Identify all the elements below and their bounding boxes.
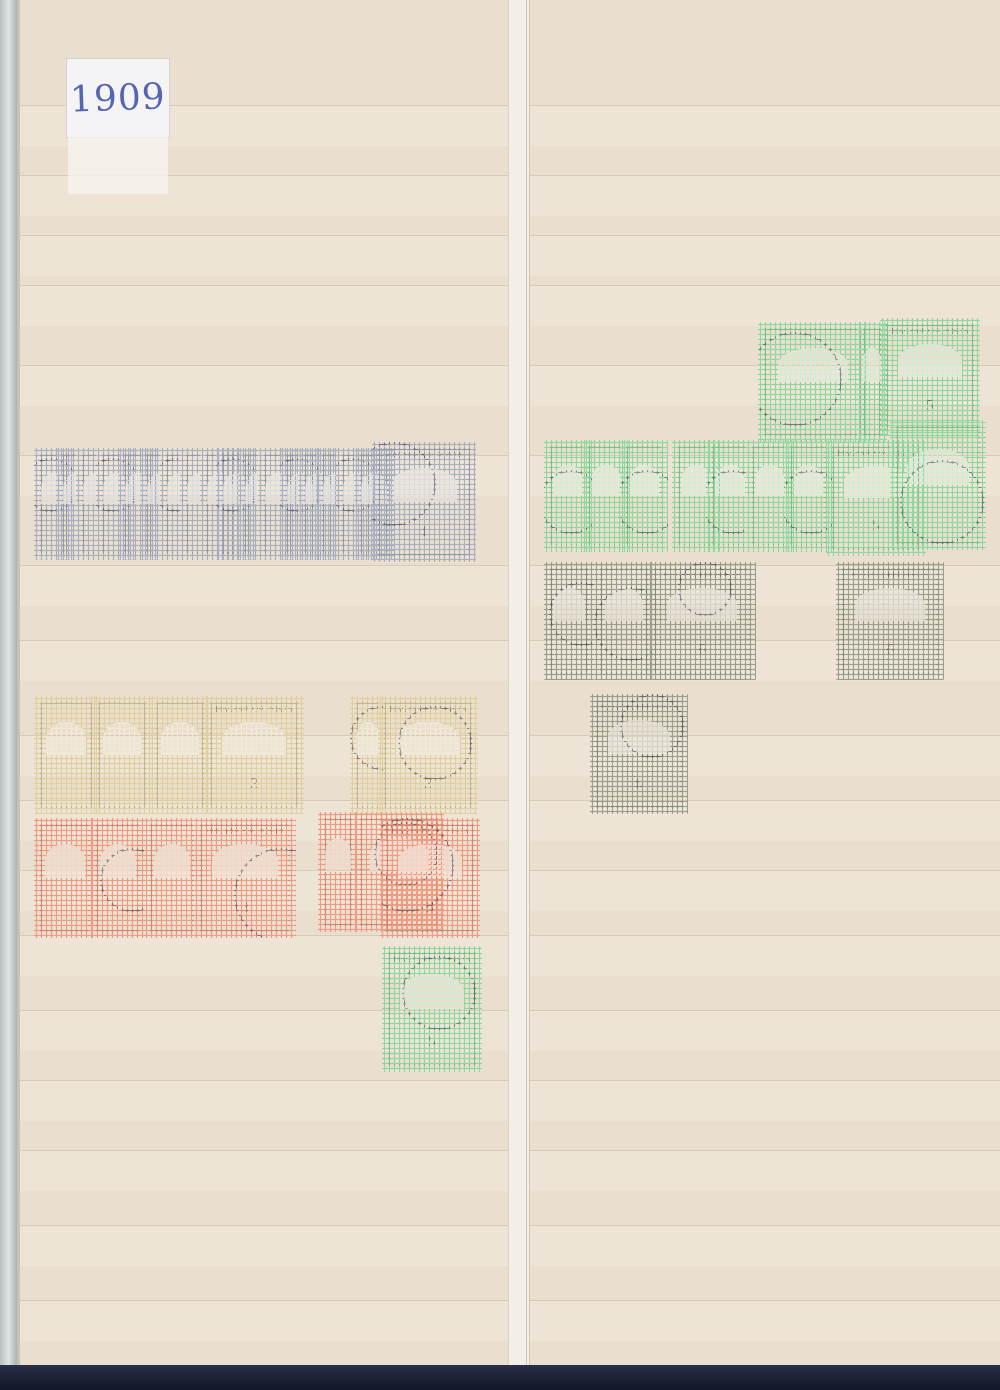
center-divider (508, 0, 530, 1390)
year-label-text: 1909 (70, 76, 167, 120)
binding-spine (0, 0, 17, 1390)
stamp-grey-1: MAGYAR KIR POSTA1 (372, 442, 476, 562)
stamp-orange-3: MAGYAR KIR POSTA3 (380, 818, 480, 938)
stamp-denomination: 5 (382, 1035, 482, 1050)
stamp-olive-6: MAGYAR KIR POSTA6 (590, 694, 688, 814)
stamp-orange-3 (144, 818, 200, 938)
stamp-denomination: 6 (648, 643, 756, 658)
stamp-orange-3: MAGYAR KIR POSTA3 (194, 818, 296, 938)
stamp-yellow-2 (92, 696, 152, 814)
postmark (678, 562, 732, 616)
postmark (900, 460, 984, 544)
stamp-issuer-text: MAGYAR KIR POSTA (212, 705, 296, 714)
stamp-yellow-2: MAGYAR KIR POSTA2 (378, 696, 478, 814)
postmark (402, 956, 476, 1030)
stamp-green-5: MAGYAR KIR POSTA5 (382, 946, 482, 1072)
postmark (398, 706, 472, 780)
stamp-denomination: 6 (590, 777, 688, 792)
stamp-denomination: 6 (836, 643, 944, 658)
stamp-yellow-2 (150, 696, 210, 814)
stamp-olive-6: MAGYAR KIR POSTA6 (836, 562, 944, 680)
stamp-issuer-text: MAGYAR KIR POSTA (888, 327, 972, 336)
stamp-denomination: 1 (372, 525, 476, 540)
stamp-yellow-2: MAGYAR KIR POSTA2 (204, 696, 304, 814)
year-label: 1909 (66, 58, 170, 138)
stamp-denomination: 2 (204, 777, 304, 792)
stamp-olive-6: MAGYAR KIR POSTA6 (648, 562, 756, 680)
stamp-green-5 (890, 420, 986, 550)
stamp-orange-3 (90, 818, 146, 938)
stamp-olive-6 (594, 562, 654, 680)
stamp-olive-6 (544, 562, 594, 680)
postmark (620, 694, 684, 758)
book-bottom-edge (0, 1365, 1000, 1390)
stamp-denomination: 5 (880, 399, 980, 414)
stamp-issuer-text: MAGYAR KIR POSTA (844, 571, 936, 580)
stamp-green-5 (784, 440, 832, 552)
stamp-green-5: MAGYAR KIR POSTA5 (880, 318, 980, 436)
postmark (748, 332, 842, 426)
stamp-green-5 (758, 322, 868, 442)
stamp-orange-3 (318, 812, 358, 932)
year-label-sleeve (68, 136, 168, 194)
stock-book-page: 1909 MAGYAR KIR POSTA1MAGYAR KIR POSTA5M… (0, 0, 1000, 1390)
stamp-green-5 (620, 440, 668, 552)
stamp-issuer-text: MAGYAR KIR POSTA (202, 827, 288, 836)
stamp-yellow-2 (34, 696, 98, 814)
stamp-orange-3 (34, 818, 96, 938)
